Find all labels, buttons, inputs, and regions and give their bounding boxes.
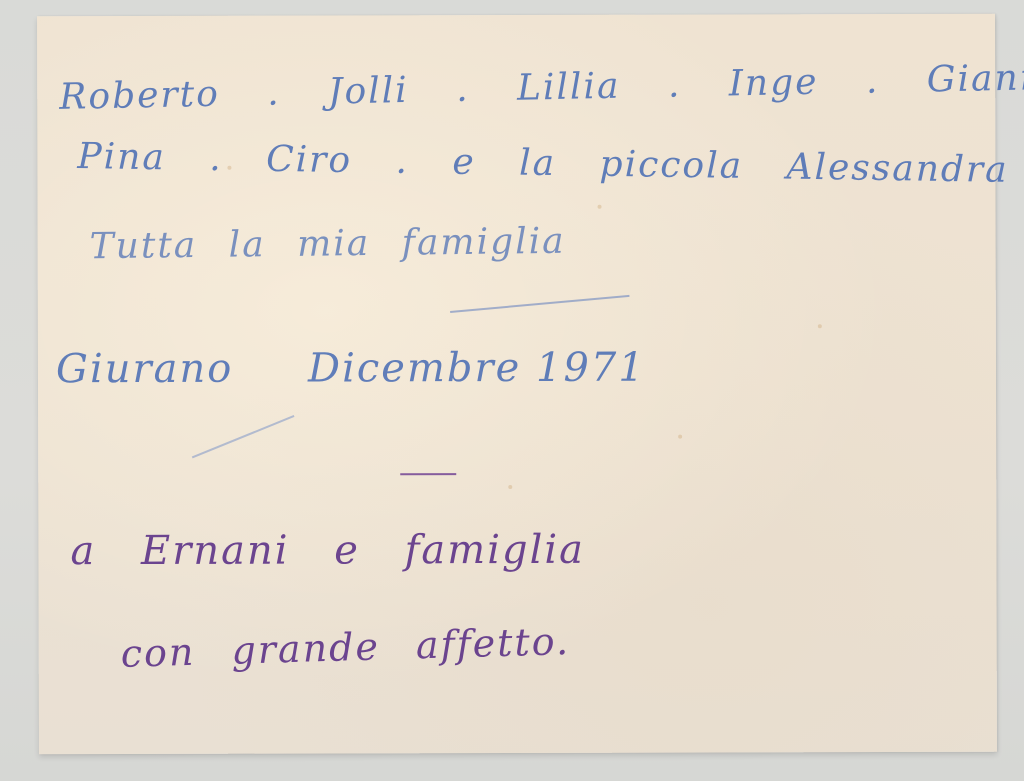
separator-dash	[400, 473, 456, 475]
family-line: Tutta la mia famiglia	[89, 221, 565, 267]
paper-stain	[508, 485, 512, 489]
place-date-line: Giurano Dicembre 1971	[56, 345, 646, 393]
paper-stain	[678, 435, 682, 439]
paper-stain	[818, 324, 822, 328]
names-line-1: Roberto . Jolli . Lillia . Inge . Gianni	[59, 57, 1024, 118]
closing-line: con grande affetto.	[120, 619, 570, 676]
date-text: Dicembre 1971	[308, 345, 646, 392]
place-underline-stroke	[192, 415, 295, 458]
paper-note: Roberto . Jolli . Lillia . Inge . Gianni…	[37, 14, 997, 755]
paper-stain	[598, 205, 602, 209]
family-underline	[450, 295, 629, 313]
dedication-line: a Ernani e famiglia	[70, 527, 585, 574]
names-line-2: Pina . Ciro . e la piccola Alessandra	[77, 136, 1009, 191]
place-text: Giurano	[56, 346, 233, 392]
